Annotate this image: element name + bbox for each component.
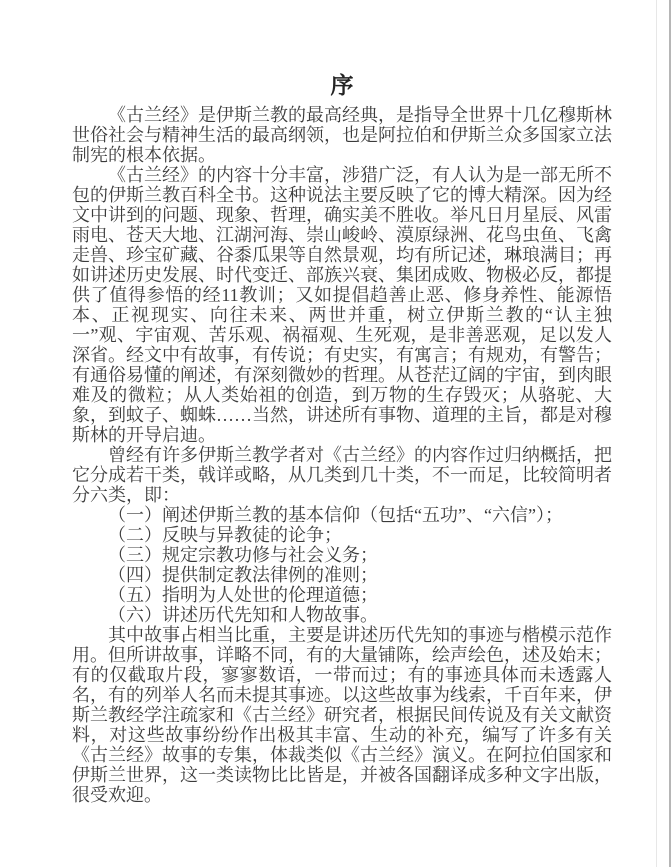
list-item-2: （二）反映与异教徒的论争；: [72, 525, 612, 545]
classification-list: （一）阐述伊斯兰教的基本信仰（包括“五功”、“六信”）； （二）反映与异教徒的论…: [72, 505, 612, 625]
page-title: 序: [72, 72, 612, 100]
page-content: 序 《古兰经》是伊斯兰教的最高经典，是指导全世界十几亿穆斯林世俗社会与精神生活的…: [72, 72, 612, 805]
list-item-4: （四）提供制定教法律例的准则；: [72, 565, 612, 585]
list-item-3: （三）规定宗教功修与社会义务；: [72, 545, 612, 565]
list-item-5: （五）指明为人处世的伦理道德；: [72, 585, 612, 605]
list-item-1: （一）阐述伊斯兰教的基本信仰（包括“五功”、“六信”）；: [72, 505, 612, 525]
list-item-6: （六）讲述历代先知和人物故事。: [72, 605, 612, 625]
paragraph-content-overview: 《古兰经》的内容十分丰富，涉猎广泛，有人认为是一部无所不包的伊斯兰教百科全书。这…: [72, 165, 612, 445]
paragraph-intro: 《古兰经》是伊斯兰教的最高经典，是指导全世界十几亿穆斯林世俗社会与精神生活的最高…: [72, 105, 612, 165]
page-edge-outer-line: [669, 0, 671, 867]
page-edge-inner-line: [656, 0, 657, 867]
document-page: 序 《古兰经》是伊斯兰教的最高经典，是指导全世界十几亿穆斯林世俗社会与精神生活的…: [0, 0, 672, 867]
paragraph-classification-intro: 曾经有许多伊斯兰教学者对《古兰经》的内容作过归纳概括，把它分成若干类，戟详或略，…: [72, 445, 612, 505]
paragraph-stories: 其中故事占相当比重，主要是讲述历代先知的事迹与楷模示范作用。但所讲故事，详略不同…: [72, 625, 612, 805]
